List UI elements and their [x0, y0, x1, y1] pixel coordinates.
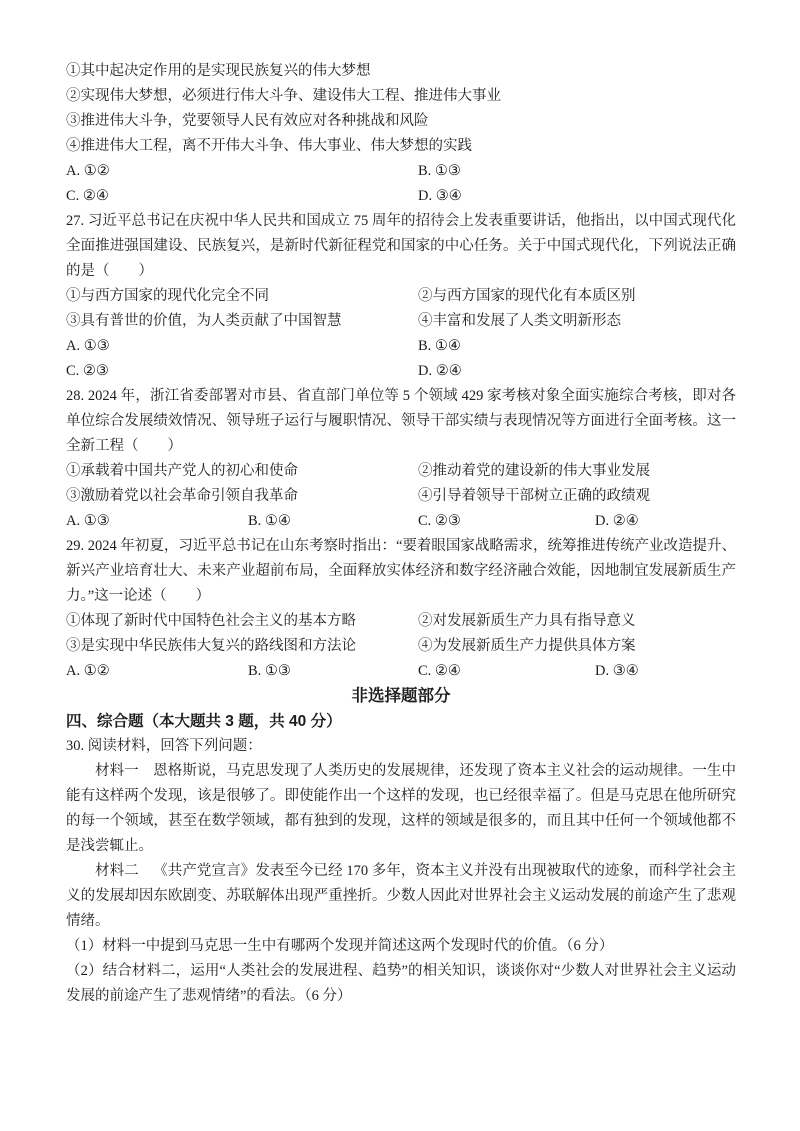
q29-option-row-12: ①体现了新时代中国特色社会主义的基本方略 ②对发展新质生产力具有指导意义: [66, 609, 736, 634]
part-title: 非选择题部分: [66, 684, 736, 709]
q30-sub-question-2: （2）结合材料二，运用“人类社会的发展进程、趋势”的相关知识，谈谈你对“少数人对…: [66, 959, 736, 1009]
q29-answer-a: A. ①②: [66, 659, 248, 684]
q28-answer-d: D. ②④: [595, 509, 736, 534]
q27-option-4: ④丰富和发展了人类文明新形态: [418, 309, 736, 334]
q27-option-row-12: ①与西方国家的现代化完全不同 ②与西方国家的现代化有本质区别: [66, 284, 736, 309]
q29-option-row-34: ③是实现中华民族伟大复兴的路线图和方法论 ④为发展新质生产力提供具体方案: [66, 634, 736, 659]
q30-intro: 30. 阅读材料，回答下列问题：: [66, 734, 736, 759]
q30-material-2: 材料二《共产党宣言》发表至今已经 170 多年，资本主义并没有出现被取代的迹象，…: [66, 859, 736, 934]
q26-option-3: ③推进伟大斗争，党要领导人民有效应对各种挑战和风险: [66, 109, 736, 134]
q28-stem: 28. 2024 年，浙江省委部署对市县、省直部门单位等 5 个领域 429 家…: [66, 384, 736, 459]
q27-answer-row-cd: C. ②③ D. ②④: [66, 359, 736, 384]
q29-option-2: ②对发展新质生产力具有指导意义: [418, 609, 736, 634]
q27-option-2: ②与西方国家的现代化有本质区别: [418, 284, 736, 309]
material-2-text: 《共产党宣言》发表至今已经 170 多年，资本主义并没有出现被取代的迹象，而科学…: [66, 863, 736, 929]
q29-option-4: ④为发展新质生产力提供具体方案: [418, 634, 736, 659]
q28-answer-row: A. ①③ B. ①④ C. ②③ D. ②④: [66, 509, 736, 534]
q28-answer-a: A. ①③: [66, 509, 248, 534]
exam-page: ①其中起决定作用的是实现民族复兴的伟大梦想 ②实现伟大梦想，必须进行伟大斗争、建…: [0, 0, 800, 1131]
q27-answer-d: D. ②④: [418, 359, 736, 384]
material-1-label: 材料一: [95, 763, 139, 779]
q27-answer-c: C. ②③: [66, 359, 418, 384]
q28-option-2: ②推动着党的建设新的伟大事业发展: [418, 459, 736, 484]
q26-answer-a: A. ①②: [66, 159, 418, 184]
q26-option-4: ④推进伟大工程，离不开伟大斗争、伟大事业、伟大梦想的实践: [66, 134, 736, 159]
q28-answer-c: C. ②③: [418, 509, 595, 534]
material-2-label: 材料二: [95, 863, 139, 879]
q28-option-row-12: ①承载着中国共产党人的初心和使命 ②推动着党的建设新的伟大事业发展: [66, 459, 736, 484]
q27-option-1: ①与西方国家的现代化完全不同: [66, 284, 418, 309]
material-1-text: 恩格斯说，马克思发现了人类历史的发展规律，还发现了资本主义社会的运动规律。一生中…: [66, 763, 736, 854]
q27-answer-row-ab: A. ①③ B. ①④: [66, 334, 736, 359]
q26-answer-row-cd: C. ②④ D. ③④: [66, 184, 736, 209]
q27-stem: 27. 习近平总书记在庆祝中华人民共和国成立 75 周年的招待会上发表重要讲话，…: [66, 209, 736, 284]
q30-material-1: 材料一恩格斯说，马克思发现了人类历史的发展规律，还发现了资本主义社会的运动规律。…: [66, 759, 736, 859]
q28-option-4: ④引导着领导干部树立正确的政绩观: [418, 484, 736, 509]
q26-answer-row-ab: A. ①② B. ①③: [66, 159, 736, 184]
q29-answer-row: A. ①② B. ①③ C. ②④ D. ③④: [66, 659, 736, 684]
q29-answer-b: B. ①③: [248, 659, 418, 684]
q26-answer-c: C. ②④: [66, 184, 418, 209]
q26-answer-b: B. ①③: [418, 159, 736, 184]
q29-answer-c: C. ②④: [418, 659, 595, 684]
q28-answer-b: B. ①④: [248, 509, 418, 534]
q29-option-1: ①体现了新时代中国特色社会主义的基本方略: [66, 609, 418, 634]
q29-stem: 29. 2024 年初夏，习近平总书记在山东考察时指出：“要着眼国家战略需求，统…: [66, 534, 736, 609]
q27-answer-a: A. ①③: [66, 334, 418, 359]
q29-option-3: ③是实现中华民族伟大复兴的路线图和方法论: [66, 634, 418, 659]
q29-answer-d: D. ③④: [595, 659, 736, 684]
q30-sub-question-1: （1）材料一中提到马克思一生中有哪两个发现并简述这两个发现时代的价值。（6 分）: [66, 934, 736, 959]
q27-answer-b: B. ①④: [418, 334, 736, 359]
section-heading: 四、综合题（本大题共 3 题，共 40 分）: [66, 709, 736, 734]
q26-option-1: ①其中起决定作用的是实现民族复兴的伟大梦想: [66, 59, 736, 84]
q27-option-3: ③具有普世的价值，为人类贡献了中国智慧: [66, 309, 418, 334]
q27-option-row-34: ③具有普世的价值，为人类贡献了中国智慧 ④丰富和发展了人类文明新形态: [66, 309, 736, 334]
q28-option-1: ①承载着中国共产党人的初心和使命: [66, 459, 418, 484]
q28-option-row-34: ③激励着党以社会革命引领自我革命 ④引导着领导干部树立正确的政绩观: [66, 484, 736, 509]
q26-answer-d: D. ③④: [418, 184, 736, 209]
q28-option-3: ③激励着党以社会革命引领自我革命: [66, 484, 418, 509]
q26-option-2: ②实现伟大梦想，必须进行伟大斗争、建设伟大工程、推进伟大事业: [66, 84, 736, 109]
